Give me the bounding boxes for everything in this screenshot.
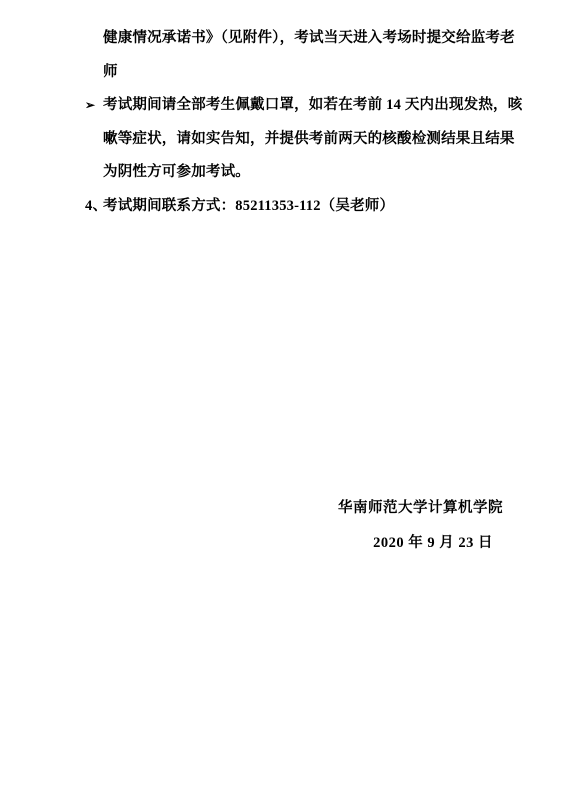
text-line: 考试期间联系方式：85211353-112（吴老师）	[103, 190, 515, 224]
text-line: 考试期间请全部考生佩戴口罩，如若在考前 14 天内出现发热，咳	[103, 89, 515, 123]
paragraph-numbered-4: 4、 考试期间联系方式：85211353-112（吴老师）	[85, 190, 515, 224]
text-line: 嗽等症状，请如实告知，并提供考前两天的核酸检测结果且结果	[103, 123, 515, 157]
text-line: 为阴性方可参加考试。	[103, 156, 515, 190]
paragraph-bullet: ➢ 考试期间请全部考生佩戴口罩，如若在考前 14 天内出现发热，咳 嗽等症状，请…	[85, 89, 515, 190]
bullet-arrow-icon: ➢	[85, 89, 95, 123]
signature-organization: 华南师范大学计算机学院	[338, 492, 503, 525]
signature-date: 2020 年 9 月 23 日	[373, 527, 493, 560]
list-number-label: 4、	[85, 190, 107, 224]
text-line: 健康情况承诺书》（见附件），考试当天进入考场时提交给监考老	[103, 22, 515, 56]
text-line: 师	[103, 56, 515, 90]
document-body: 健康情况承诺书》（见附件），考试当天进入考场时提交给监考老 师 ➢ 考试期间请全…	[85, 22, 515, 223]
paragraph-continuation: 健康情况承诺书》（见附件），考试当天进入考场时提交给监考老 师	[85, 22, 515, 89]
document-page: 健康情况承诺书》（见附件），考试当天进入考场时提交给监考老 师 ➢ 考试期间请全…	[0, 0, 588, 797]
